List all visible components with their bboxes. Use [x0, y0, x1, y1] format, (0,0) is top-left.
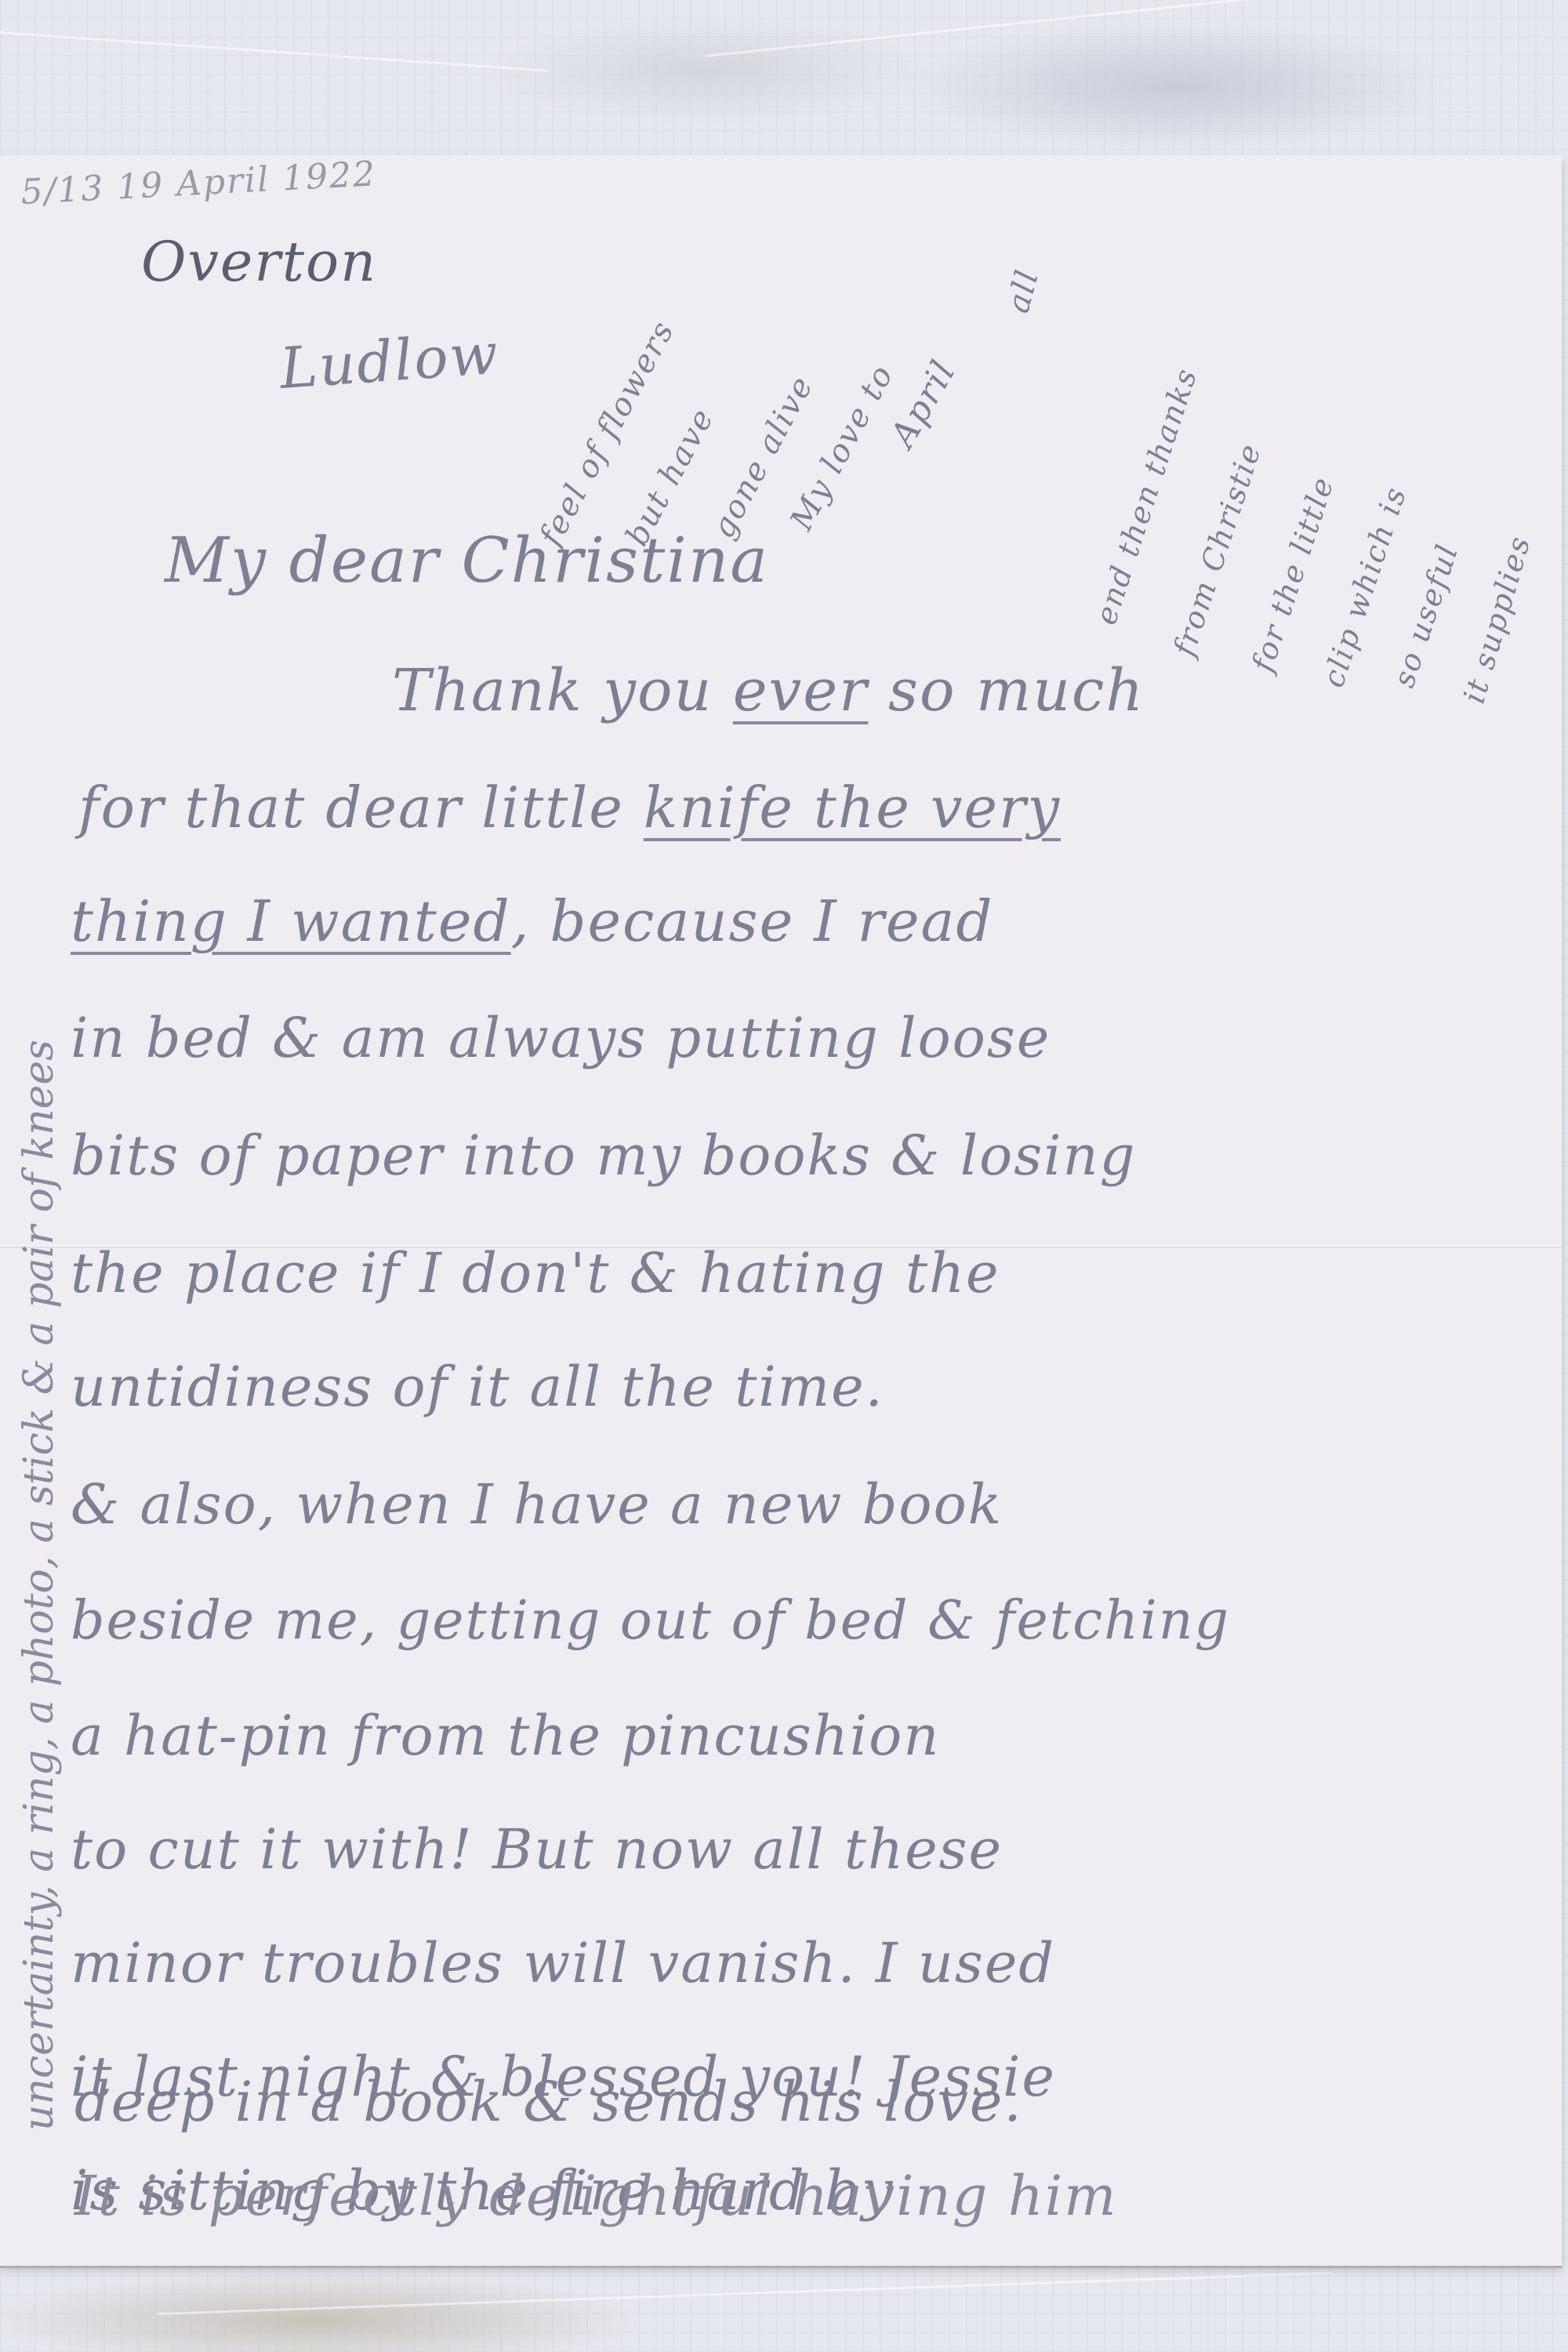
body-line-2: for that dear little knife the very	[78, 775, 1061, 840]
archive-date-note: 5/13 19 April 1922	[20, 154, 377, 212]
salutation: My dear Christina	[165, 524, 769, 597]
cross-note-right-2: from Christie	[1167, 439, 1268, 660]
body-text: so much	[868, 657, 1145, 724]
letter-page: 5/13 19 April 1922 Overton Ludlow feel o…	[0, 155, 1562, 2266]
body-text: , because I read	[511, 888, 994, 954]
body-line-10: a hat-pin from the pincushion	[71, 1704, 940, 1768]
sleeve-crease	[0, 31, 547, 72]
left-margin-note: uncertainty, a ring, a photo, a stick & …	[16, 1040, 63, 2131]
underlined-phrase: knife the very	[644, 775, 1061, 840]
body-line-8: & also, when I have a new book	[71, 1472, 1003, 1537]
body-line-9: beside me, getting out of bed & fetching	[71, 1590, 1230, 1652]
body-line-12: minor troubles will vanish. I used	[71, 1931, 1055, 1995]
cross-note-right-6: it supplies	[1457, 532, 1537, 707]
body-line-5: bits of paper into my books & losing	[71, 1123, 1136, 1188]
sleeve-crease	[706, 0, 1407, 57]
body-line-1: Thank you ever so much	[392, 657, 1145, 724]
body-line-7: untidiness of it all the time.	[71, 1355, 884, 1419]
cross-note-top-6: all	[1000, 266, 1047, 317]
address-line-1: Overton	[141, 230, 377, 294]
cross-note-top-5: April	[883, 353, 964, 454]
body-line-6: the place if I don't & hating the	[71, 1241, 1000, 1305]
body-line-4: in bed & am always putting loose	[71, 1006, 1051, 1070]
underlined-phrase: thing I wanted	[71, 888, 511, 954]
body-line-15-visible: deep in a book & sends his love.	[74, 2070, 1023, 2134]
body-line-16: It is perfectly delightful having him	[74, 2164, 1118, 2228]
body-text: Thank you	[392, 657, 733, 724]
cross-note-right-5: so useful	[1386, 539, 1465, 691]
body-text: for that dear little	[78, 775, 644, 840]
address-line-2: Ludlow	[278, 321, 501, 401]
underlined-word: ever	[733, 657, 869, 724]
body-line-11: to cut it with! But now all these	[71, 1817, 1003, 1882]
body-line-3: thing I wanted, because I read	[71, 888, 994, 954]
sleeve-crease	[157, 2272, 1332, 2315]
